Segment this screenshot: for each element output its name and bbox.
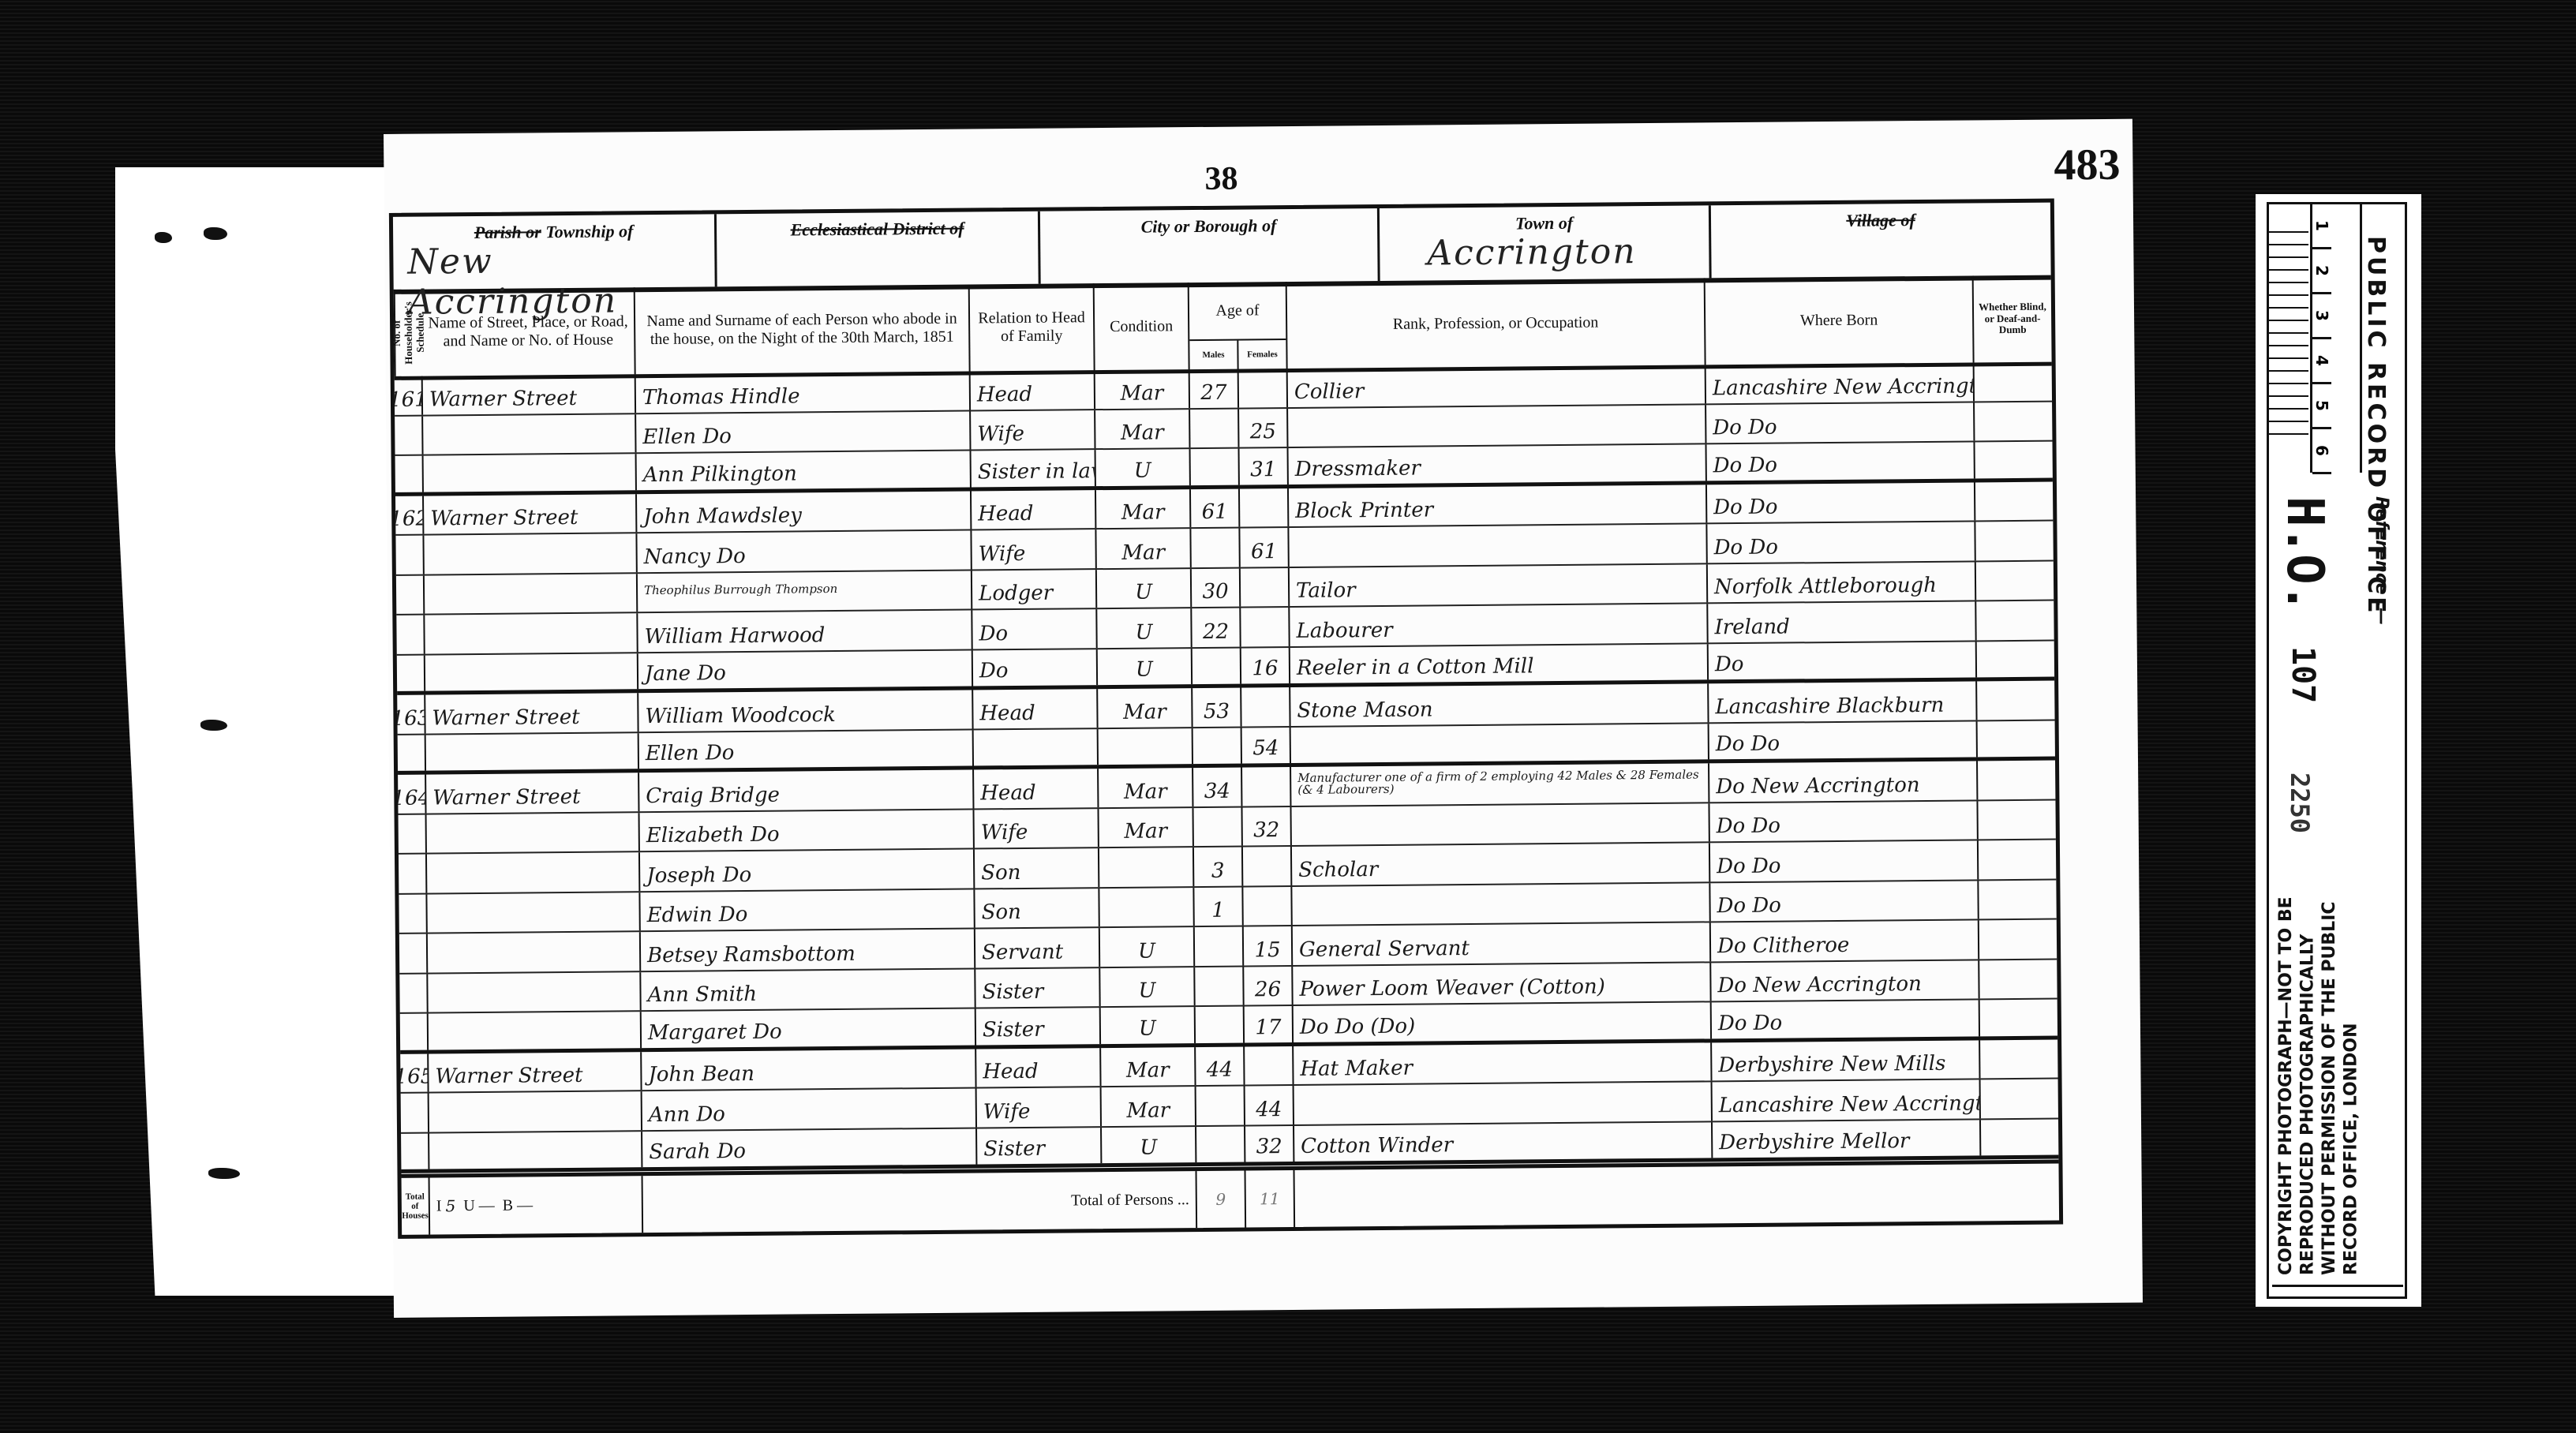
- age-male: 1: [1194, 887, 1243, 926]
- ecclesiastical-label: Ecclesiastical District of: [717, 218, 1038, 241]
- where-born: Do Do: [1707, 482, 1975, 522]
- person-name: Nancy Do: [637, 531, 972, 572]
- relation-to-head: Head: [971, 370, 1095, 410]
- age-female: [1243, 847, 1292, 885]
- marital-condition: U: [1097, 569, 1192, 608]
- relation-to-head: Son: [975, 889, 1099, 928]
- street-name: [427, 892, 640, 933]
- inhabited-value: 5: [445, 1196, 455, 1215]
- schedule-number: [399, 894, 427, 933]
- col-age-females: Females: [1238, 340, 1286, 369]
- age-male: [1191, 529, 1240, 567]
- col-age-males: Males: [1189, 341, 1238, 370]
- street-name: Warner Street: [423, 374, 636, 414]
- schedule-number: [399, 814, 427, 853]
- relation-to-head: Sister: [976, 1008, 1101, 1045]
- age-female: [1240, 488, 1289, 527]
- where-born: Lancashire New Accrington: [1713, 1079, 1981, 1120]
- blind-deaf: [1976, 561, 2054, 600]
- blind-deaf: [1979, 960, 2057, 998]
- occupation: Collier: [1288, 365, 1706, 406]
- age-female: [1241, 568, 1290, 607]
- relation-to-head: Servant: [975, 928, 1100, 967]
- person-name: John Mawdsley: [637, 491, 972, 532]
- person-name: William Woodcock: [638, 690, 973, 731]
- where-born: Norfolk Attleborough: [1708, 562, 1976, 602]
- census-form: Parish or Township of New Accrington Ecc…: [389, 199, 2063, 1239]
- blind-deaf: [1977, 641, 2054, 677]
- age-male: [1193, 807, 1242, 846]
- col-name: Name and Surname of each Person who abod…: [635, 285, 971, 375]
- village-field: Village of: [1711, 203, 2051, 279]
- person-name: John Bean: [642, 1049, 976, 1090]
- city-field: City or Borough of: [1040, 208, 1380, 284]
- street-name: [425, 574, 638, 614]
- blind-deaf: [1978, 720, 2055, 757]
- age-male: [1190, 409, 1239, 447]
- reference-piece: 107: [2285, 646, 2321, 703]
- relation-to-head: Do: [972, 609, 1097, 649]
- marital-condition: Mar: [1099, 768, 1193, 807]
- blind-deaf: [1975, 362, 2052, 401]
- age-female: [1242, 767, 1291, 806]
- relation-to-head: Head: [972, 490, 1096, 529]
- age-female: 17: [1245, 1006, 1294, 1042]
- scale-mark: 4: [2312, 339, 2331, 384]
- building-value: —: [517, 1196, 533, 1214]
- where-born: Do Do: [1706, 402, 1975, 443]
- schedule-number: [399, 934, 428, 973]
- town-value: Accrington: [1427, 231, 1637, 273]
- schedule-number: [396, 615, 425, 654]
- occupation: [1288, 405, 1706, 447]
- occupation: Block Printer: [1289, 485, 1707, 526]
- footer-blank: [1295, 1164, 2060, 1227]
- occupation: Cotton Winder: [1294, 1122, 1713, 1162]
- reference-code: H.O.: [2275, 496, 2334, 612]
- copyright-notice: COPYRIGHT PHOTOGRAPH—NOT TO BE REPRODUCE…: [2272, 845, 2403, 1287]
- marital-condition: Mar: [1096, 529, 1191, 568]
- blind-deaf: [1981, 1119, 2058, 1155]
- schedule-number: [401, 1133, 429, 1169]
- age-male: 30: [1192, 568, 1241, 607]
- schedule-number: [399, 855, 427, 893]
- street-name: Warner Street: [425, 693, 638, 733]
- relation-to-head: Lodger: [972, 570, 1097, 609]
- blind-deaf: [1975, 442, 2052, 478]
- age-male: [1191, 449, 1240, 485]
- census-rows: 161Warner StreetThomas HindleHeadMar27Co…: [395, 362, 2059, 1173]
- occupation: Dressmaker: [1289, 444, 1707, 484]
- occupation: Labourer: [1290, 604, 1708, 645]
- age-female: 16: [1241, 648, 1290, 684]
- occupation: Scholar: [1292, 843, 1710, 885]
- schedule-number: [395, 456, 424, 492]
- relation-to-head: Sister: [975, 968, 1100, 1008]
- ink-blot: [200, 720, 227, 731]
- age-male: 53: [1193, 688, 1241, 727]
- census-page: 38 483 Parish or Township of New Accring…: [384, 119, 2143, 1318]
- age-male: [1193, 728, 1242, 764]
- ink-blot: [204, 227, 227, 240]
- occupation: Manufacturer one of a firm of 2 employin…: [1291, 763, 1709, 805]
- age-female: 44: [1245, 1086, 1294, 1124]
- town-field: Town of Accrington: [1380, 205, 1712, 281]
- marital-condition: Mar: [1098, 688, 1193, 728]
- blind-deaf: [1977, 681, 2054, 720]
- inhabited-prefix: I: [436, 1197, 442, 1215]
- schedule-number: 164: [398, 775, 426, 814]
- blind-deaf: [1980, 1039, 2057, 1078]
- street-name: [429, 1091, 642, 1132]
- uninhabited-prefix: U: [463, 1197, 475, 1215]
- reference-label: Reference :—: [2372, 496, 2391, 625]
- street-name: [424, 533, 637, 574]
- person-name: Ellen Do: [636, 411, 971, 452]
- age-male: [1196, 1007, 1245, 1043]
- age-female: 54: [1242, 727, 1291, 763]
- parish-label-struck: Parish or: [474, 222, 541, 242]
- age-female: 32: [1245, 1125, 1294, 1162]
- col-street: Name of Street, Place, or Road, and Name…: [422, 287, 636, 376]
- marital-condition: U: [1102, 1127, 1196, 1164]
- where-born: Do New Accrington: [1709, 761, 1978, 801]
- marital-condition: U: [1098, 649, 1193, 686]
- age-female: 61: [1240, 528, 1289, 567]
- blind-deaf: [1979, 880, 2056, 919]
- scale-box: 1 2 3 4 5 6: [2310, 204, 2362, 473]
- marital-condition: U: [1097, 608, 1192, 648]
- age-male: [1196, 1126, 1245, 1162]
- marital-condition: U: [1100, 927, 1195, 967]
- street-name: Warner Street: [424, 494, 637, 534]
- col-where-born: Where Born: [1705, 275, 1975, 365]
- blind-deaf: [1979, 920, 2057, 959]
- parish-field: Parish or Township of New Accrington: [393, 214, 717, 290]
- marital-condition: [1099, 847, 1194, 887]
- marital-condition: U: [1100, 967, 1195, 1007]
- street-name: [429, 1132, 642, 1169]
- relation-to-head: Wife: [971, 410, 1095, 450]
- relation-to-head: Wife: [972, 529, 1096, 569]
- relation-to-head: Head: [976, 1048, 1101, 1087]
- marital-condition: Mar: [1095, 369, 1190, 409]
- age-female: 15: [1244, 926, 1293, 965]
- street-name: [429, 1012, 642, 1049]
- marital-condition: Mar: [1102, 1087, 1196, 1126]
- age-female: [1241, 608, 1290, 646]
- relation-to-head: Head: [973, 689, 1098, 728]
- age-female: [1239, 369, 1288, 407]
- where-born: Derbyshire Mellor: [1713, 1120, 1981, 1158]
- blind-deaf: [1978, 800, 2055, 839]
- person-name: Elizabeth Do: [640, 810, 975, 851]
- where-born: Derbyshire New Mills: [1712, 1040, 1980, 1080]
- relation-to-head: Sister: [977, 1128, 1102, 1165]
- page-number: 38: [1204, 160, 1237, 198]
- age-female: 32: [1242, 806, 1291, 845]
- occupation: Hat Maker: [1294, 1042, 1712, 1084]
- relation-to-head: Head: [974, 769, 1099, 808]
- col-schedule: No. of Householder's Schedule: [394, 290, 423, 376]
- marital-condition: Mar: [1101, 1047, 1196, 1087]
- col-relation: Relation to Head of Family: [970, 283, 1095, 371]
- street-name: Warner Street: [429, 1052, 642, 1092]
- person-name: Edwin Do: [640, 889, 975, 930]
- blind-deaf: [1978, 761, 2055, 799]
- age-male: 44: [1196, 1046, 1245, 1085]
- person-name: Ann Smith: [641, 969, 975, 1010]
- person-name: Thomas Hindle: [636, 372, 971, 413]
- occupation: Tailor: [1290, 564, 1708, 606]
- occupation: [1291, 803, 1709, 845]
- schedule-number: 163: [397, 695, 425, 734]
- blind-deaf: [1976, 601, 2054, 640]
- occupation: [1294, 1082, 1713, 1124]
- age-female: 26: [1244, 966, 1293, 1005]
- schedule-number: [395, 536, 424, 574]
- person-name: Craig Bridge: [639, 770, 974, 811]
- schedule-number: 165: [400, 1053, 429, 1092]
- where-born: Ireland: [1708, 601, 1976, 642]
- scale-mark: 1: [2312, 204, 2331, 249]
- relation-to-head: Wife: [977, 1087, 1102, 1127]
- street-name: [427, 852, 640, 892]
- street-name: [428, 972, 641, 1012]
- street-name: [425, 613, 638, 653]
- where-born: Do Do: [1710, 840, 1979, 881]
- parish-label: Township of: [545, 221, 633, 241]
- flyleaf-page: [115, 167, 399, 1296]
- marital-condition: Mar: [1099, 808, 1193, 847]
- marital-condition: U: [1096, 449, 1191, 486]
- where-born: Do Do: [1707, 522, 1975, 562]
- building-prefix: B: [503, 1196, 514, 1214]
- age-male: 22: [1192, 608, 1241, 647]
- blind-deaf: [1980, 1000, 2057, 1036]
- blind-deaf: [1979, 840, 2056, 879]
- schedule-number: [400, 1014, 429, 1050]
- col-occupation: Rank, Profession, or Occupation: [1287, 278, 1706, 369]
- occupation: Do Do (Do): [1294, 1002, 1712, 1042]
- col-age-label: Age of: [1189, 282, 1286, 341]
- occupation: Stone Mason: [1290, 683, 1709, 725]
- blind-deaf: [1975, 481, 2053, 520]
- street-name: [423, 414, 636, 455]
- street-name: [426, 733, 639, 771]
- occupation: General Servant: [1293, 922, 1711, 964]
- schedule-number: [398, 735, 426, 771]
- age-female: [1243, 886, 1292, 925]
- occupation: Power Loom Weaver (Cotton): [1293, 963, 1711, 1005]
- blind-deaf: [1981, 1079, 2058, 1118]
- occupation: [1291, 724, 1709, 763]
- schedule-number: [395, 416, 423, 455]
- occupation: [1292, 883, 1710, 925]
- where-born: Lancashire New Accrington: [1706, 362, 1975, 402]
- age-male: [1195, 967, 1244, 1005]
- where-born: Lancashire Blackburn: [1709, 681, 1977, 721]
- person-name: Theophilus Burrough Thompson: [638, 571, 972, 612]
- occupation: [1289, 524, 1707, 566]
- reference-strip: 1 2 3 4 5 6 PUBLIC RECORD OFFICE Referen…: [2256, 194, 2421, 1307]
- schedule-number: [399, 974, 428, 1012]
- marital-condition: [1099, 888, 1194, 927]
- age-male: 27: [1190, 369, 1239, 408]
- ink-blot: [155, 232, 172, 243]
- relation-to-head: Do: [973, 649, 1098, 687]
- village-label: Village of: [1711, 209, 2050, 233]
- scale-mark: 6: [2312, 429, 2331, 474]
- person-name: Jane Do: [638, 650, 973, 689]
- where-born: Do Do: [1709, 801, 1978, 841]
- schedule-number: [396, 575, 425, 614]
- age-male: 3: [1194, 847, 1243, 886]
- folio-number: 483: [2054, 140, 2121, 191]
- person-name: Ann Do: [642, 1088, 977, 1129]
- relation-to-head: Wife: [974, 809, 1099, 848]
- where-born: Do Do: [1710, 881, 1979, 921]
- street-name: [427, 813, 640, 853]
- person-name: Ann Pilkington: [637, 451, 972, 490]
- person-name: Margaret Do: [642, 1008, 976, 1047]
- age-male: [1196, 1087, 1245, 1125]
- person-name: Ellen Do: [639, 730, 974, 769]
- col-condition: Condition: [1095, 282, 1190, 370]
- total-houses-label: Total of Houses: [402, 1178, 431, 1235]
- where-born: Do New Accrington: [1711, 960, 1979, 1001]
- street-name: [424, 454, 637, 492]
- marital-condition: U: [1101, 1007, 1196, 1044]
- schedule-number: 161: [395, 376, 423, 415]
- total-males: 9: [1197, 1171, 1247, 1229]
- total-persons-label: Total of Persons ...: [643, 1171, 1198, 1233]
- col-age: Age of MalesFemales: [1189, 282, 1288, 369]
- street-name: [425, 653, 638, 691]
- schedule-number: [397, 655, 425, 691]
- occupation: Reeler in a Cotton Mill: [1290, 644, 1709, 683]
- street-name: Warner Street: [426, 773, 639, 813]
- schedule-number: [401, 1094, 429, 1132]
- houses-counts: I 5 U — B —: [430, 1176, 644, 1234]
- marital-condition: [1099, 728, 1193, 765]
- age-female: [1245, 1046, 1294, 1084]
- scale-mark: 2: [2312, 249, 2331, 294]
- person-name: Joseph Do: [640, 849, 975, 890]
- age-female: 25: [1239, 409, 1288, 447]
- person-name: Sarah Do: [642, 1128, 977, 1167]
- person-name: William Harwood: [638, 611, 972, 652]
- total-females: 11: [1246, 1170, 1296, 1228]
- street-name: [428, 932, 641, 972]
- reference-folio: 2250: [2285, 773, 2315, 833]
- ecclesiastical-field: Ecclesiastical District of: [717, 211, 1041, 287]
- age-male: 34: [1193, 768, 1242, 806]
- age-male: [1193, 648, 1241, 684]
- relation-to-head: Son: [975, 848, 1099, 888]
- relation-to-head: [974, 729, 1099, 766]
- ruler-scale: [2269, 220, 2308, 488]
- ink-blot: [208, 1168, 240, 1179]
- relation-to-head: Sister in law: [972, 450, 1096, 487]
- age-male: 61: [1191, 488, 1240, 527]
- age-female: 31: [1240, 448, 1289, 485]
- scale-mark: 5: [2312, 384, 2331, 429]
- schedule-number: 162: [395, 496, 424, 534]
- where-born: Do Clitheroe: [1711, 920, 1979, 960]
- blind-deaf: [1975, 522, 2053, 560]
- city-label: City or Borough of: [1040, 215, 1377, 238]
- where-born: Do: [1709, 642, 1977, 679]
- marital-condition: Mar: [1095, 410, 1190, 449]
- reference-strip-frame: 1 2 3 4 5 6 PUBLIC RECORD OFFICE Referen…: [2267, 202, 2407, 1299]
- where-born: Do Do: [1706, 442, 1975, 480]
- blind-deaf: [1975, 402, 2052, 440]
- scale-mark: 3: [2312, 294, 2331, 339]
- marital-condition: Mar: [1096, 489, 1191, 529]
- col-blind: Whether Blind, or Deaf-and-Dumb: [1974, 275, 2052, 363]
- person-name: Betsey Ramsbottom: [641, 929, 975, 970]
- where-born: Do Do: [1712, 1000, 1980, 1038]
- age-female: [1241, 687, 1290, 726]
- age-male: [1195, 927, 1244, 966]
- uninhabited-value: —: [479, 1196, 495, 1214]
- where-born: Do Do: [1709, 721, 1978, 759]
